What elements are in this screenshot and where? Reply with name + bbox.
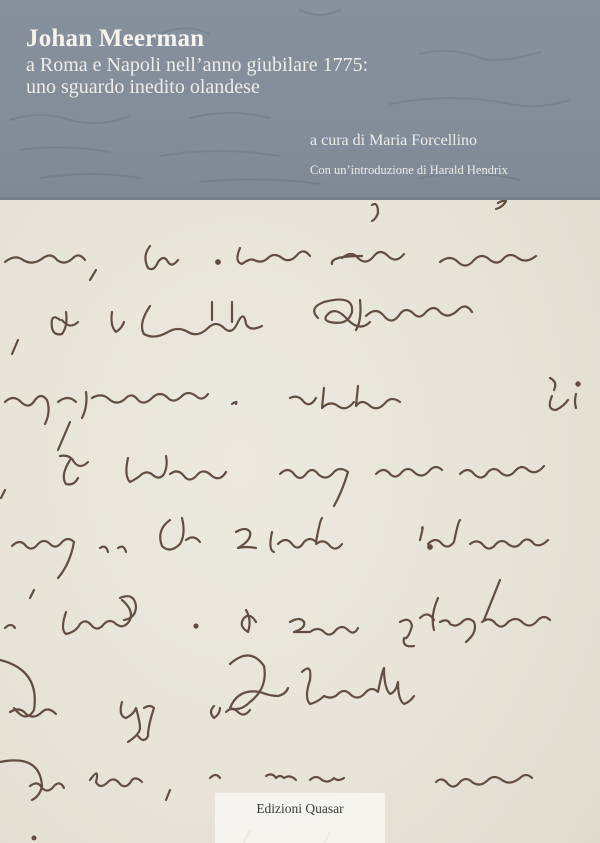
author-name: Johan Meerman xyxy=(26,24,368,54)
publisher-name: Edizioni Quasar xyxy=(215,801,385,817)
editor-credit: a cura di Maria Forcellino xyxy=(310,131,508,151)
book-cover: Johan Meerman a Roma e Napoli nell’anno … xyxy=(0,0,600,843)
manuscript-handwriting-background xyxy=(0,200,600,843)
credits-block: a cura di Maria Forcellino Con un’introd… xyxy=(310,131,508,179)
publisher-badge: Edizioni Quasar xyxy=(215,793,385,843)
title-block: Johan Meerman a Roma e Napoli nell’anno … xyxy=(26,24,368,98)
introduction-credit: Con un’introduzione di Harald Hendrix xyxy=(310,161,508,179)
header-bottom-edge xyxy=(0,197,600,200)
book-subtitle-line-2: uno sguardo inedito olandese xyxy=(26,76,368,98)
book-subtitle-line-1: a Roma e Napoli nell’anno giubilare 1775… xyxy=(26,54,368,76)
header-band: Johan Meerman a Roma e Napoli nell’anno … xyxy=(0,0,600,200)
